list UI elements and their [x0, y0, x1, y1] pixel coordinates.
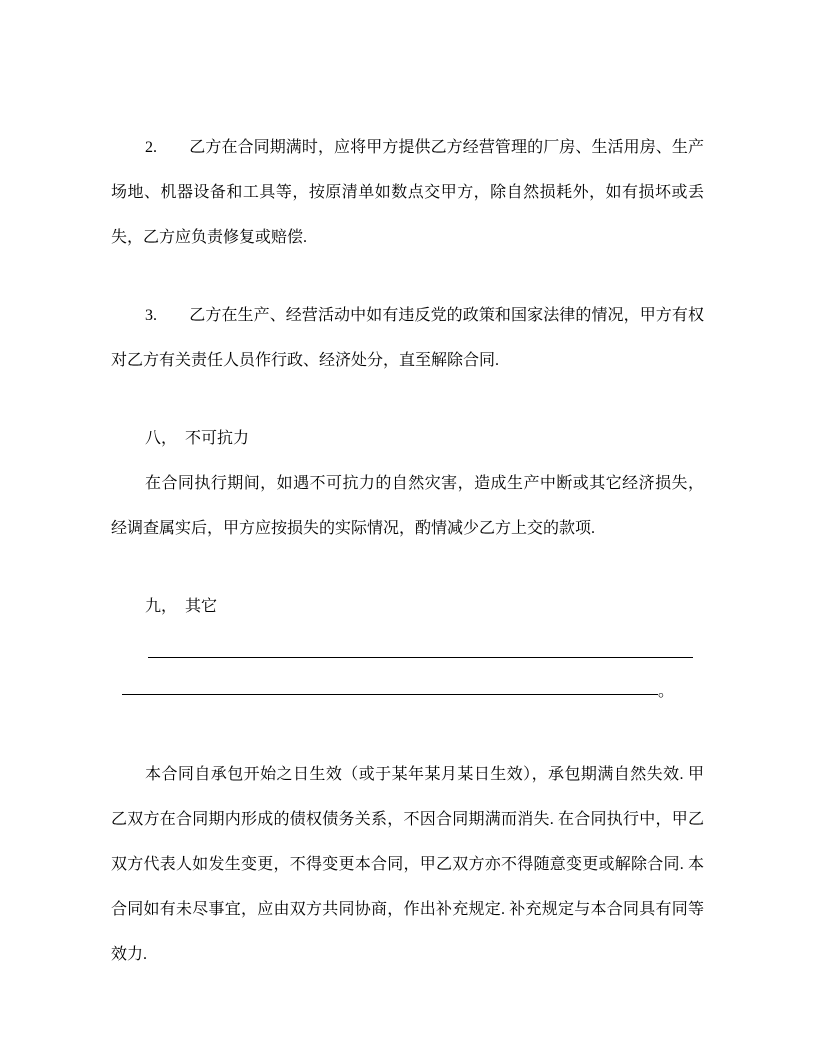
section-8-heading: 八， 不可抗力 — [111, 416, 704, 461]
contract-effectiveness-paragraph: 本合同自承包开始之日生效（或于某年某月某日生效），承包期满自然失效. 甲乙双方在… — [111, 752, 704, 977]
blank-line-2[interactable]: 。 — [111, 674, 704, 719]
blank-line-1[interactable] — [111, 629, 704, 674]
section-9-heading: 九， 其它 — [111, 584, 704, 629]
blank-underline-2 — [122, 694, 658, 695]
blank-line-full-stop: 。 — [658, 684, 674, 700]
clause-2-paragraph: 2. 乙方在合同期满时，应将甲方提供乙方经营管理的厂房、生活用房、生产场地、机器… — [111, 125, 704, 260]
section-9-fill-in-blanks: 。 — [111, 629, 704, 719]
section-8-force-majeure-paragraph: 在合同执行期间，如遇不可抗力的自然灾害，造成生产中断或其它经济损失，经调查属实后… — [111, 461, 704, 551]
contract-document-page: 2. 乙方在合同期满时，应将甲方提供乙方经营管理的厂房、生活用房、生产场地、机器… — [0, 0, 816, 1056]
blank-underline-1 — [148, 657, 693, 658]
clause-3-paragraph: 3. 乙方在生产、经营活动中如有违反党的政策和国家法律的情况，甲方有权对乙方有关… — [111, 293, 704, 383]
